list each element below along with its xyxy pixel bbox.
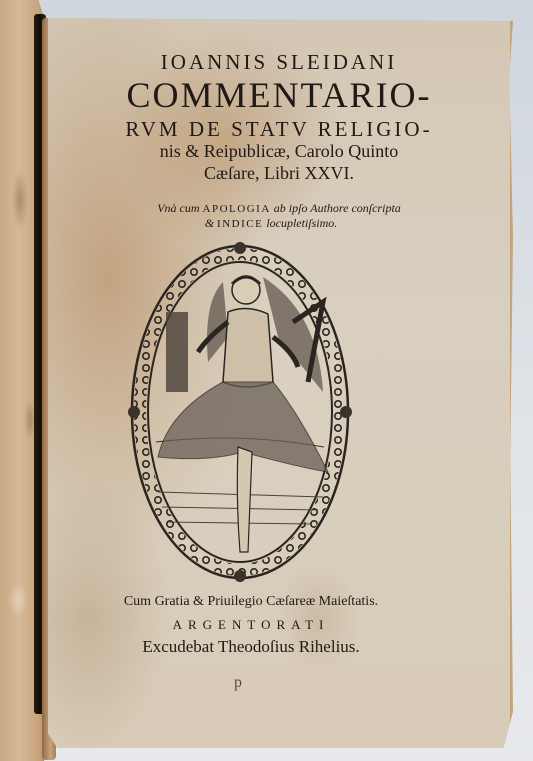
title-line-3: nis & Reipublicæ, Carolo Quinto: [48, 141, 510, 162]
printer-line: Excudebat Theodoſius Rihelius.: [20, 637, 482, 657]
title-line-2: RVM DE STATV RELIGIO-: [48, 117, 510, 142]
subtitle-caps: APOLOGIA: [203, 203, 271, 215]
city-line: ARGENTORATI: [20, 617, 482, 633]
title-line-1: COMMENTARIO-: [48, 74, 510, 116]
author-line: IOANNIS SLEIDANI: [48, 50, 510, 75]
woodcut-engraving: [128, 242, 352, 582]
subtitle-text: locupletiſsimo.: [263, 216, 337, 230]
subtitle-line-2: & INDICE locupletiſsimo.: [40, 216, 502, 231]
subtitle-text: Vnà cum: [157, 201, 202, 215]
subtitle-text: ab ipſo Authore conſcripta: [271, 201, 401, 215]
subtitle-text: &: [205, 216, 217, 230]
privilege-line: Cum Gratia & Priuilegio Cæſareæ Maieſtat…: [20, 594, 482, 610]
subtitle-caps: INDICE: [217, 218, 263, 230]
pencil-note: p: [234, 674, 242, 692]
title-line-4: Cæſare, Libri XXVI.: [48, 163, 510, 184]
subtitle-line-1: Vnà cum APOLOGIA ab ipſo Authore conſcri…: [48, 201, 510, 216]
